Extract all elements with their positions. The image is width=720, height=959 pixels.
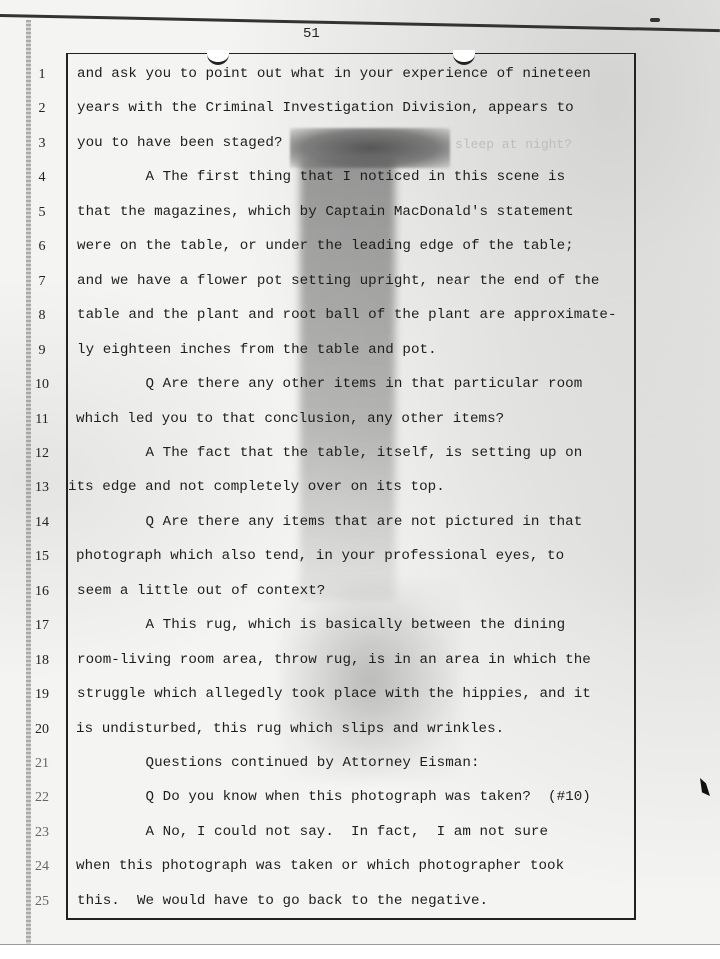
line-number: 17: [30, 618, 54, 634]
staple-mark: [650, 18, 660, 22]
line-number: 16: [30, 584, 54, 600]
transcript-line: and ask you to point out what in your ex…: [77, 66, 591, 82]
line-number: 24: [30, 859, 54, 875]
line-number: 3: [30, 136, 54, 152]
transcript-line: struggle which allegedly took place with…: [77, 686, 591, 702]
line-number: 4: [30, 170, 54, 186]
line-number: 8: [30, 308, 54, 324]
transcript-line: this. We would have to go back to the ne…: [77, 893, 488, 909]
line-number: 14: [30, 515, 54, 531]
line-number: 21: [30, 756, 54, 772]
transcript-line: years with the Criminal Investigation Di…: [77, 100, 574, 116]
line-number: 6: [30, 239, 54, 255]
transcript-line: table and the plant and root ball of the…: [77, 307, 617, 323]
transcript-line: when this photograph was taken or which …: [76, 858, 564, 874]
page-top-edge: [0, 14, 720, 32]
transcript-line: its edge and not completely over on its …: [68, 479, 445, 495]
transcript-line: A No, I could not say. In fact, I am not…: [77, 824, 548, 840]
line-number: 10: [30, 377, 54, 393]
transcript-line: which led you to that conclusion, any ot…: [76, 411, 504, 427]
page-number: 51: [303, 26, 320, 42]
line-number: 1: [30, 67, 54, 83]
redaction-block: [290, 128, 450, 168]
transcript-line: that the magazines, which by Captain Mac…: [77, 204, 574, 220]
line-number: 20: [30, 722, 54, 738]
line-number: 19: [30, 687, 54, 703]
transcript-line: and we have a flower pot setting upright…: [77, 273, 599, 289]
transcript-line: Q Are there any items that are not pictu…: [77, 514, 582, 530]
cursor-mark: [700, 778, 710, 796]
transcript-line: you to have been staged?: [77, 135, 283, 151]
line-number: 13: [30, 480, 54, 496]
transcript-line: A The first thing that I noticed in this…: [77, 169, 565, 185]
transcript-line: Q Do you know when this photograph was t…: [77, 789, 591, 805]
transcript-line: were on the table, or under the leading …: [77, 238, 574, 254]
line-number: 18: [30, 653, 54, 669]
transcript-line: Questions continued by Attorney Eisman:: [77, 755, 480, 771]
line-number: 5: [30, 205, 54, 221]
line-number: 9: [30, 343, 54, 359]
page-bottom-edge: [0, 944, 720, 959]
line-number: 7: [30, 274, 54, 290]
faint-redacted-text: sleep at night?: [455, 137, 572, 152]
transcript-line: is undisturbed, this rug which slips and…: [76, 721, 504, 737]
line-number: 12: [30, 446, 54, 462]
transcript-line: ly eighteen inches from the table and po…: [77, 342, 437, 358]
photocopy-smudge-lower: [280, 580, 460, 780]
document-page: 51 sleep at night? 1and ask you to point…: [0, 0, 720, 959]
line-number: 22: [30, 790, 54, 806]
line-number: 25: [30, 894, 54, 910]
line-number: 2: [30, 101, 54, 117]
transcript-line: room-living room area, throw rug, is in …: [77, 652, 591, 668]
transcript-line: A The fact that the table, itself, is se…: [77, 445, 582, 461]
transcript-line: photograph which also tend, in your prof…: [76, 548, 564, 564]
line-number: 23: [30, 825, 54, 841]
line-number: 15: [30, 549, 54, 565]
transcript-line: seem a little out of context?: [77, 583, 325, 599]
transcript-line: Q Are there any other items in that part…: [77, 376, 582, 392]
transcript-line: A This rug, which is basically between t…: [77, 617, 565, 633]
line-number: 11: [30, 412, 54, 428]
